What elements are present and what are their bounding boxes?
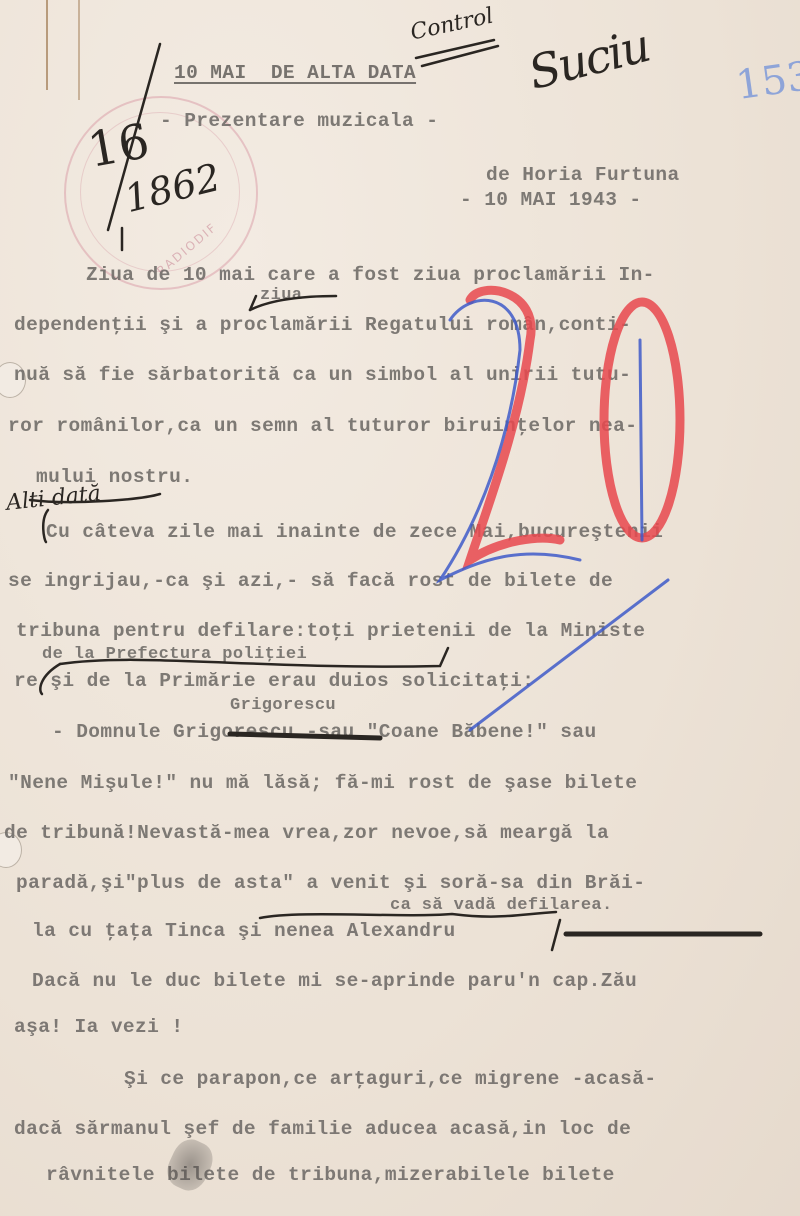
body-line: la cu ţaţa Tinca şi nenea Alexandru <box>32 920 456 942</box>
body-line: Dacă nu le duc bilete mi se-aprinde paru… <box>32 970 637 992</box>
interlinear-insertion: ca să vadă defilarea. <box>390 896 613 915</box>
body-line: re şi de la Primărie erau duios solicita… <box>14 670 534 692</box>
document-page: RADIODIF 10 MAI DE ALTA DATA - Prezentar… <box>0 0 800 1216</box>
body-line: nuă să fie sărbatorită ca un simbol al u… <box>14 364 631 386</box>
body-line: - Domnule Grigorescu -sau "Coane Băbene!… <box>52 721 597 743</box>
body-line: "Nene Mişule!" nu mă lăsă; fă-mi rost de… <box>8 772 637 794</box>
margin-note: Alti dată <box>5 481 102 516</box>
body-line: se ingrijau,-ca şi azi,- să facă rost de… <box>8 570 613 592</box>
document-subtitle: - Prezentare muzicala - <box>160 110 438 132</box>
crayon-number-20 <box>440 290 680 730</box>
body-line: Ziua de 10 mai care a fost ziua proclamă… <box>86 264 655 286</box>
body-line: Şi ce parapon,ce arţaguri,ce migrene -ac… <box>124 1068 656 1090</box>
body-line: paradă,şi"plus de asta" a venit şi soră-… <box>16 872 645 894</box>
interlinear-insertion: de la Prefectura poliţiei <box>42 645 307 664</box>
paper-edge-mark <box>78 0 80 100</box>
body-line: ror românilor,ca un semn al tuturor biru… <box>8 415 637 437</box>
ink-stain <box>161 1134 218 1196</box>
interlinear-insertion: Grigorescu <box>230 696 336 715</box>
document-author: de Horia Furtuna <box>486 164 680 186</box>
interlinear-insertion: ziua <box>260 286 302 305</box>
body-line: râvnitele bilete de tribuna,mizerabilele… <box>46 1164 615 1186</box>
body-line: dacă sărmanul şef de familie aducea acas… <box>14 1118 631 1140</box>
body-line: tribuna pentru defilare:toţi prietenii d… <box>16 620 645 642</box>
control-note: Control <box>408 4 495 46</box>
registry-number: 16 <box>84 113 154 179</box>
body-line: Cu câteva zile mai inainte de zece Mai,b… <box>46 521 663 543</box>
document-title: 10 MAI DE ALTA DATA <box>174 62 416 84</box>
document-date: - 10 MAI 1943 - <box>460 189 642 211</box>
paper-edge-mark <box>46 0 48 90</box>
body-line: aşa! Ia vezi ! <box>14 1016 183 1038</box>
signature: Suciu <box>523 18 654 100</box>
body-line: dependenţii şi a proclamării Regatului r… <box>14 314 631 336</box>
page-number-blue: 153 <box>733 53 800 109</box>
body-line: de tribună!Nevastă-mea vrea,zor nevoe,să… <box>4 822 609 844</box>
